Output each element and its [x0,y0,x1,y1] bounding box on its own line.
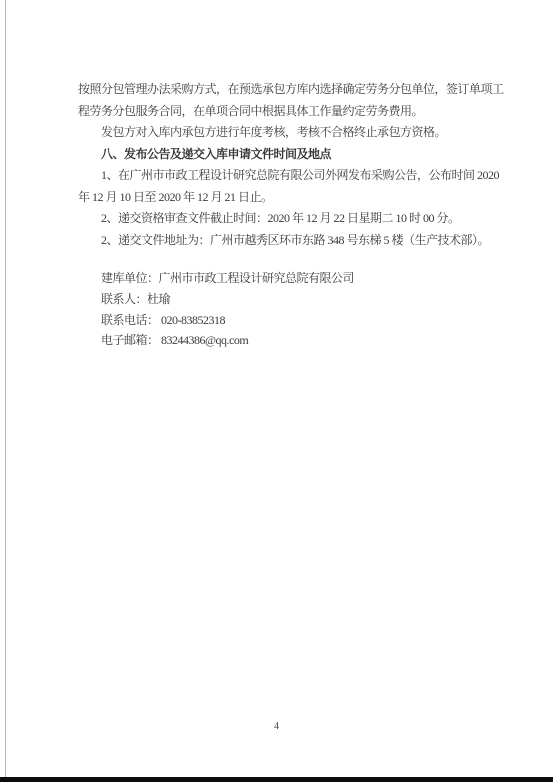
text-line: 程劳务分包服务合同，在单项合同中根据具体工作量约定劳务费用。 [78,101,518,123]
text-line: 电子邮箱： 83244386@qq.com [78,330,518,351]
page-number: 4 [0,721,553,732]
text-line: 八、发布公告及递交入库申请文件时间及地点 [78,144,518,166]
text-line: 联系电话： 020-83852318 [78,310,518,331]
document-page: 按照分包管理办法采购方式，在预选承包方库内选择确定劳务分包单位，签订单项工程劳务… [0,0,553,783]
text-line: 发包方对入库内承包方进行年度考核，考核不合格终止承包方资格。 [78,122,518,144]
text-line: 2、递交资格审查文件截止时间：2020 年 12 月 22 日星期二 10 时 … [78,208,518,230]
text-line: 年 12 月 10 日至 2020 年 12 月 21 日止。 [78,187,518,209]
scan-bottom-edge [0,777,553,782]
text-line: 2、递交文件地址为：广州市越秀区环市东路 348 号东梯 5 楼（生产技术部）。 [78,230,518,252]
text-line: 1、在广州市市政工程设计研究总院有限公司外网发布采购公告，公布时间 2020 [78,165,518,187]
text-line: 联系人：杜瑜 [78,289,518,310]
text-line: 建库单位：广州市市政工程设计研究总院有限公司 [78,268,518,289]
scan-left-edge-line [5,0,6,777]
document-text: 按照分包管理办法采购方式，在预选承包方库内选择确定劳务分包单位，签订单项工程劳务… [78,79,518,351]
text-line: 按照分包管理办法采购方式，在预选承包方库内选择确定劳务分包单位，签订单项工 [78,79,518,101]
